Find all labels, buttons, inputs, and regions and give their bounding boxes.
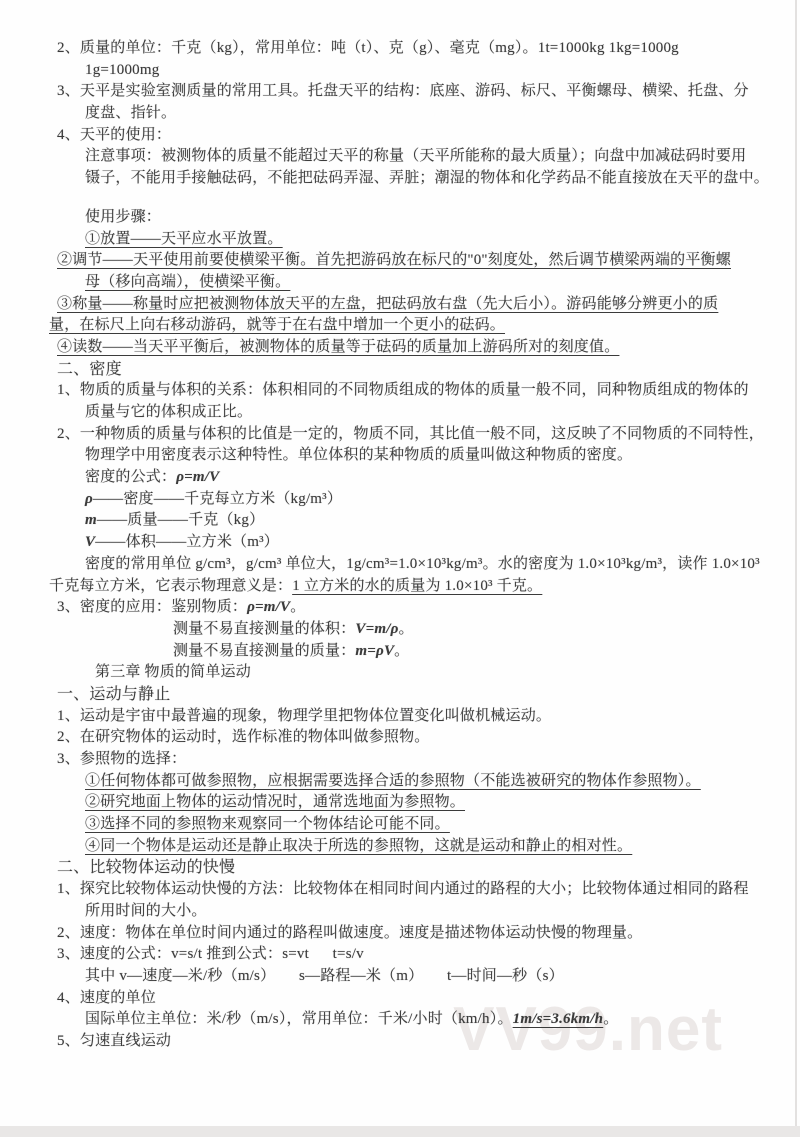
doc-line: 物理学中用密度表示这种特性。单位体积的某种物质的质量叫做这种物质的密度。 — [85, 445, 800, 467]
doc-text-segment: ——体积——立方米（m³） — [95, 534, 279, 550]
doc-text-segment: 2、在研究物体的运动时，选作标准的物体叫做参照物。 — [57, 729, 430, 745]
doc-line: 1g=1000mg — [85, 60, 800, 82]
doc-line: 国际单位主单位：米/秒（m/s），常用单位：千米/小时（km/h）。1m/s=3… — [85, 1009, 800, 1031]
doc-line: 2、速度：物体在单位时间内通过的路程叫做速度。速度是描述物体运动快慢的物理量。 — [57, 923, 800, 945]
doc-text-segment: v=s/t — [171, 946, 202, 962]
doc-text-segment: ρ — [85, 491, 93, 507]
doc-text-segment: 2、一种物质的质量与体积的比值是一定的，物质不同，其比值一般不同，这反映了不同物… — [57, 426, 764, 442]
doc-line: 第三章 物质的简单运动 — [95, 662, 800, 684]
doc-line: 测量不易直接测量的质量：m=ρV。 — [173, 641, 800, 663]
doc-text-segment: ——密度——千克每立方米（kg/m³） — [93, 491, 342, 507]
doc-line: 3、密度的应用：鉴别物质：ρ=m/V。 — [57, 597, 800, 619]
doc-text-segment: 密度的常用单位 g/cm³，g/cm³ 单位大，1g/cm³=1.0×10³kg… — [85, 556, 760, 572]
doc-text-segment: s=vt — [282, 946, 309, 962]
doc-line: 注意事项：被测物体的质量不能超过天平的称量（天平所能称的最大质量）；向盘中加减砝… — [85, 146, 800, 168]
doc-text-segment: ρ=m/V — [176, 469, 219, 485]
doc-line: 5、匀速直线运动 — [57, 1031, 800, 1053]
doc-text-segment: 1 立方米的水的质量为 1.0×10³ 千克。 — [292, 578, 542, 594]
doc-text-segment: 1、物质的质量与体积的关系：体积相同的不同物质组成的物体的质量一般不同，同种物质… — [57, 382, 749, 398]
doc-line: 2、在研究物体的运动时，选作标准的物体叫做参照物。 — [57, 727, 800, 749]
doc-line: ①放置——天平应水平放置。 — [85, 229, 800, 251]
doc-line: 密度的公式：ρ=m/V — [85, 467, 800, 489]
doc-line: 量，在标尺上向右移动游码，就等于在右盘中增加一个更小的砝码。 — [49, 315, 800, 337]
doc-line: 3、参照物的选择： — [57, 749, 800, 771]
doc-text-segment: 。 — [290, 599, 305, 615]
doc-text-segment: 推到公式： — [202, 946, 282, 962]
doc-text-segment: 母（移向高端），使横梁平衡。 — [85, 274, 290, 290]
doc-line: ②调节——天平使用前要使横梁平衡。首先把游码放在标尺的"0"刻度处，然后调节横梁… — [57, 250, 800, 272]
doc-text-segment: 所用时间的大小。 — [85, 903, 207, 919]
doc-line: 其中 v—速度—米/秒（m/s） s—路程—米（m） t—时间—秒（s） — [85, 966, 800, 988]
doc-text-segment: m=ρV — [355, 643, 394, 659]
doc-text-segment: ③称量——称量时应把被测物体放天平的左盘，把砝码放右盘（先大后小）。游码能够分辨… — [57, 296, 718, 312]
doc-line: 1、探究比较物体运动快慢的方法：比较物体在相同时间内通过的路程的大小；比较物体通… — [57, 879, 800, 901]
doc-line: 2、一种物质的质量与体积的比值是一定的，物质不同，其比值一般不同，这反映了不同物… — [57, 424, 800, 446]
doc-text-segment: ②研究地面上物体的运动情况时，通常选地面为参照物。 — [85, 794, 465, 810]
doc-text-segment: 镊子，不能用手接触砝码，不能把砝码弄湿、弄脏；潮湿的物体和化学药品不能直接放在天… — [85, 170, 769, 186]
doc-line: 镊子，不能用手接触砝码，不能把砝码弄湿、弄脏；潮湿的物体和化学药品不能直接放在天… — [85, 168, 800, 190]
doc-line: 2、质量的单位：千克（kg），常用单位：吨（t）、克（g）、毫克（mg）。1t=… — [57, 38, 800, 60]
doc-text-segment: 二、比较物体运动的快慢 — [57, 859, 235, 876]
doc-line: 3、速度的公式：v=s/t 推到公式：s=vt t=s/v — [57, 944, 800, 966]
page-right-edge-line — [795, 0, 797, 1137]
doc-text-segment: V — [85, 534, 95, 550]
doc-text-segment: 。 — [394, 643, 409, 659]
doc-line: ④读数——当天平平衡后，被测物体的质量等于砝码的质量加上游码所对的刻度值。 — [57, 337, 800, 359]
doc-text-segment: 密度的公式： — [85, 469, 176, 485]
doc-text-segment: 2、速度：物体在单位时间内通过的路程叫做速度。速度是描述物体运动快慢的物理量。 — [57, 925, 642, 941]
doc-line: 4、速度的单位 — [57, 988, 800, 1010]
doc-text-segment: m — [85, 512, 97, 528]
doc-text-segment: 4、速度的单位 — [57, 990, 156, 1006]
doc-text-segment: 3、速度的公式： — [57, 946, 171, 962]
doc-text-segment: 物理学中用密度表示这种特性。单位体积的某种物质的质量叫做这种物质的密度。 — [85, 447, 632, 463]
doc-text-segment: 1g=1000mg — [85, 62, 159, 78]
doc-text-segment: 测量不易直接测量的体积： — [173, 621, 355, 637]
doc-text-segment: 测量不易直接测量的质量： — [173, 643, 355, 659]
doc-text-segment: 注意事项：被测物体的质量不能超过天平的称量（天平所能称的最大质量）；向盘中加减砝… — [85, 148, 746, 164]
doc-line: ②研究地面上物体的运动情况时，通常选地面为参照物。 — [85, 792, 800, 814]
doc-line: ③称量——称量时应把被测物体放天平的左盘，把砝码放右盘（先大后小）。游码能够分辨… — [57, 294, 800, 316]
doc-line: ①任何物体都可做参照物，应根据需要选择合适的参照物（不能选被研究的物体作参照物）… — [85, 771, 800, 793]
doc-text-segment: 4、天平的使用： — [57, 127, 171, 143]
doc-line: 一、运动与静止 — [57, 684, 800, 706]
doc-line: 所用时间的大小。 — [85, 901, 800, 923]
doc-text-segment: V=m/ρ — [355, 621, 398, 637]
doc-text-segment: ρ=m/V — [247, 599, 290, 615]
doc-text-segment: 5、匀速直线运动 — [57, 1033, 171, 1049]
doc-text-segment: 2、质量的单位：千克（kg），常用单位：吨（t）、克（g）、毫克（mg）。1t=… — [57, 40, 679, 56]
doc-text-segment: 。 — [399, 621, 414, 637]
doc-line: m——质量——千克（kg） — [85, 510, 800, 532]
doc-text-segment: 使用步骤： — [85, 209, 161, 225]
doc-text-segment: 二、密度 — [57, 361, 122, 378]
doc-text-segment: 千克每立方米，它表示物理意义是： — [49, 578, 292, 594]
document-content: 2、质量的单位：千克（kg），常用单位：吨（t）、克（g）、毫克（mg）。1t=… — [0, 38, 800, 1053]
doc-text-segment: 3、密度的应用：鉴别物质： — [57, 599, 247, 615]
doc-text-segment: ①放置——天平应水平放置。 — [85, 231, 283, 247]
doc-text-segment: ①任何物体都可做参照物，应根据需要选择合适的参照物（不能选被研究的物体作参照物）… — [85, 773, 701, 789]
doc-line: ③选择不同的参照物来观察同一个物体结论可能不同。 — [85, 814, 800, 836]
doc-text-segment: ②调节——天平使用前要使横梁平衡。首先把游码放在标尺的"0"刻度处，然后调节横梁… — [57, 252, 731, 268]
page-bottom-edge-strip — [0, 1126, 800, 1137]
doc-text-segment: ④读数——当天平平衡后，被测物体的质量等于砝码的质量加上游码所对的刻度值。 — [57, 339, 619, 355]
doc-line: 二、密度 — [57, 359, 800, 381]
doc-text-segment: 度盘、指针。 — [85, 105, 176, 121]
doc-line: 3、天平是实验室测质量的常用工具。托盘天平的结构：底座、游码、标尺、平衡螺母、横… — [57, 81, 800, 103]
doc-text-segment — [309, 946, 333, 962]
doc-line: ρ——密度——千克每立方米（kg/m³） — [85, 489, 800, 511]
doc-line: V——体积——立方米（m³） — [85, 532, 800, 554]
doc-text-segment: 3、天平是实验室测质量的常用工具。托盘天平的结构：底座、游码、标尺、平衡螺母、横… — [57, 83, 749, 99]
doc-text-segment: t=s/v — [333, 946, 364, 962]
doc-line: 1、物质的质量与体积的关系：体积相同的不同物质组成的物体的质量一般不同，同种物质… — [57, 380, 800, 402]
doc-line: 母（移向高端），使横梁平衡。 — [85, 272, 800, 294]
doc-text-segment: 量，在标尺上向右移动游码，就等于在右盘中增加一个更小的砝码。 — [49, 317, 505, 333]
doc-text-segment: 。 — [603, 1011, 618, 1027]
doc-line: 二、比较物体运动的快慢 — [57, 857, 800, 879]
doc-text-segment: 国际单位主单位：米/秒（m/s），常用单位：千米/小时（km/h）。 — [85, 1011, 513, 1027]
doc-line: 使用步骤： — [85, 207, 800, 229]
doc-text-segment: 1、探究比较物体运动快慢的方法：比较物体在相同时间内通过的路程的大小；比较物体通… — [57, 881, 749, 897]
doc-line: 度盘、指针。 — [85, 103, 800, 125]
doc-line: ④同一个物体是运动还是静止取决于所选的参照物，这就是运动和静止的相对性。 — [85, 836, 800, 858]
doc-text-segment: ——质量——千克（kg） — [97, 512, 264, 528]
doc-line: 密度的常用单位 g/cm³，g/cm³ 单位大，1g/cm³=1.0×10³kg… — [85, 554, 800, 576]
doc-text-segment: 1、运动是宇宙中最普遍的现象，物理学里把物体位置变化叫做机械运动。 — [57, 708, 551, 724]
doc-text-segment: 1m/s=3.6km/h — [513, 1011, 604, 1027]
doc-text-segment: 质量与它的体积成正比。 — [85, 404, 252, 420]
doc-line: 4、天平的使用： — [57, 125, 800, 147]
doc-text-segment: 第三章 物质的简单运动 — [95, 664, 251, 680]
doc-text-segment: 3、参照物的选择： — [57, 751, 186, 767]
doc-text-segment: 其中 v—速度—米/秒（m/s） s—路程—米（m） t—时间—秒（s） — [85, 968, 564, 984]
doc-text-segment: 一、运动与静止 — [57, 686, 170, 703]
doc-line: 测量不易直接测量的体积：V=m/ρ。 — [173, 619, 800, 641]
doc-text-segment: ③选择不同的参照物来观察同一个物体结论可能不同。 — [85, 816, 450, 832]
doc-line: 1、运动是宇宙中最普遍的现象，物理学里把物体位置变化叫做机械运动。 — [57, 706, 800, 728]
doc-line: 千克每立方米，它表示物理意义是：1 立方米的水的质量为 1.0×10³ 千克。 — [49, 576, 800, 598]
doc-text-segment: ④同一个物体是运动还是静止取决于所选的参照物，这就是运动和静止的相对性。 — [85, 838, 632, 854]
document-page: VV99.net 2、质量的单位：千克（kg），常用单位：吨（t）、克（g）、毫… — [0, 0, 800, 1137]
doc-line: 质量与它的体积成正比。 — [85, 402, 800, 424]
